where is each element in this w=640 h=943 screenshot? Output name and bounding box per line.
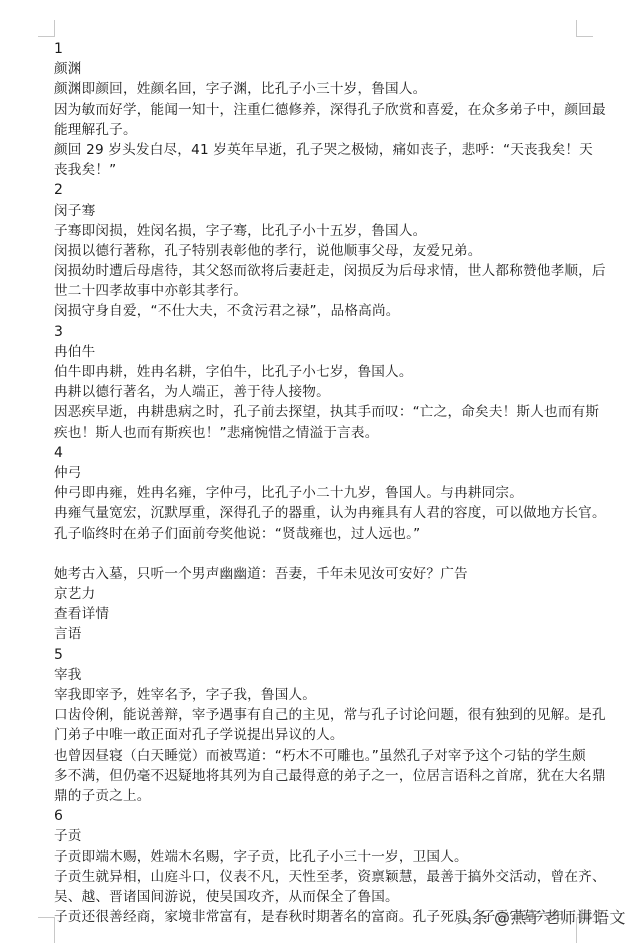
blank-line <box>54 544 594 564</box>
page-corner-mark-top-left <box>38 20 55 37</box>
section-number: 2 <box>54 180 594 200</box>
disciple-name-heading: 冉伯牛 <box>54 342 594 362</box>
paragraph-line: 颜回 29 岁头发白尽，41 岁英年早逝，孔子哭之极恸，痛如丧子，悲呼：“天丧我… <box>54 140 594 160</box>
paragraph-line: 孔子临终时在弟子们面前夸奖他说：“贤哉雍也，过人远也。” <box>54 524 594 544</box>
disciple-name-heading: 宰我 <box>54 665 594 685</box>
paragraph-line: 也曾因昼寝（白天睡觉）而被骂道：“朽木不可雕也。”虽然孔子对宰予这个刁钻的学生颇 <box>54 746 594 766</box>
paragraph-line: 能理解孔子。 <box>54 120 594 140</box>
paragraph-line: 因恶疾早逝，冉耕患病之时，孔子前去探望，执其手而叹：“亡之，命矣夫！斯人也而有斯 <box>54 402 594 422</box>
section-number: 3 <box>54 322 594 342</box>
document-body: 1颜渊颜渊即颜回，姓颜名回，字子渊，比孔子小三十岁，鲁国人。因为敏而好学，能闻一… <box>54 39 594 927</box>
section-number: 1 <box>54 39 594 59</box>
disciple-name-heading: 颜渊 <box>54 59 594 79</box>
paragraph-line: 多不满，但仍毫不迟疑地将其列为自己最得意的弟子之一，位居言语科之首席，犹在大名鼎 <box>54 766 594 786</box>
paragraph-line: 闵损幼时遭后母虐待，其父怒而欲将后妻赶走，闵损反为后母求情，世人都称赞他孝顺，后 <box>54 261 594 281</box>
section-number: 5 <box>54 645 594 665</box>
ad-headline[interactable]: 她考古入墓，只听一个男声幽幽道：吾妻，千年未见汝可安好？广告 <box>54 564 594 584</box>
disciple-name-heading: 仲弓 <box>54 463 594 483</box>
category-heading: 言语 <box>54 624 594 644</box>
paragraph-line: 伯牛即冉耕，姓冉名耕，字伯牛，比孔子小七岁，鲁国人。 <box>54 362 594 382</box>
paragraph-line: 子骞即闵损，姓闵名损，字子骞，比孔子小十五岁，鲁国人。 <box>54 221 594 241</box>
paragraph-line: 颜渊即颜回，姓颜名回，字子渊，比孔子小三十岁，鲁国人。 <box>54 79 594 99</box>
paragraph-line: 子贡即端木赐，姓端木名赐，字子贡，比孔子小三十一岁，卫国人。 <box>54 847 594 867</box>
paragraph-line: 鼎的子贡之上。 <box>54 786 594 806</box>
page-corner-mark-bottom-left <box>38 917 55 943</box>
paragraph-line: 闵损以德行著称，孔子特别表彰他的孝行，说他顺事父母，友爱兄弟。 <box>54 241 594 261</box>
ad-source: 京艺力 <box>54 584 594 604</box>
paragraph-line: 冉雍气量宽宏，沉默厚重，深得孔子的器重，认为冉雍具有人君的容度，可以做地方长官。 <box>54 503 594 523</box>
section-number: 6 <box>54 806 594 826</box>
paragraph-line: 宰我即宰予，姓宰名予，字子我，鲁国人。 <box>54 685 594 705</box>
paragraph-line: 因为敏而好学，能闻一知十，注重仁德修养，深得孔子欣赏和喜爱，在众多弟子中，颜回最 <box>54 100 594 120</box>
watermark: 头条 @燕子老师讲语文 <box>455 905 626 928</box>
disciple-name-heading: 子贡 <box>54 826 594 846</box>
page-corner-mark-top-right <box>576 20 593 37</box>
paragraph-line: 门弟子中唯一敢正面对孔子学说提出异议的人。 <box>54 725 594 745</box>
paragraph-line: 子贡生就异相，山庭斗口，仪表不凡，天性至孝，资禀颖慧，最善于搞外交活动，曾在齐、 <box>54 867 594 887</box>
paragraph-line: 仲弓即冉雍，姓冉名雍，字仲弓，比孔子小二十九岁，鲁国人。与冉耕同宗。 <box>54 483 594 503</box>
paragraph-line: 闵损守身自爱，“不仕大夫，不贪污君之禄”，品格高尚。 <box>54 301 594 321</box>
disciple-name-heading: 闵子骞 <box>54 201 594 221</box>
paragraph-line: 疾也！斯人也而有斯疾也！”悲痛惋惜之情溢于言表。 <box>54 423 594 443</box>
section-number: 4 <box>54 443 594 463</box>
paragraph-line: 口齿伶俐，能说善辩，宰予遇事有自己的主见，常与孔子讨论问题，很有独到的见解。是孔 <box>54 705 594 725</box>
ad-view-details-link[interactable]: 查看详情 <box>54 604 594 624</box>
paragraph-line: 世二十四孝故事中亦彰其孝行。 <box>54 281 594 301</box>
paragraph-line: 冉耕以德行著名，为人端正，善于待人接物。 <box>54 382 594 402</box>
paragraph-line: 丧我矣！” <box>54 160 594 180</box>
